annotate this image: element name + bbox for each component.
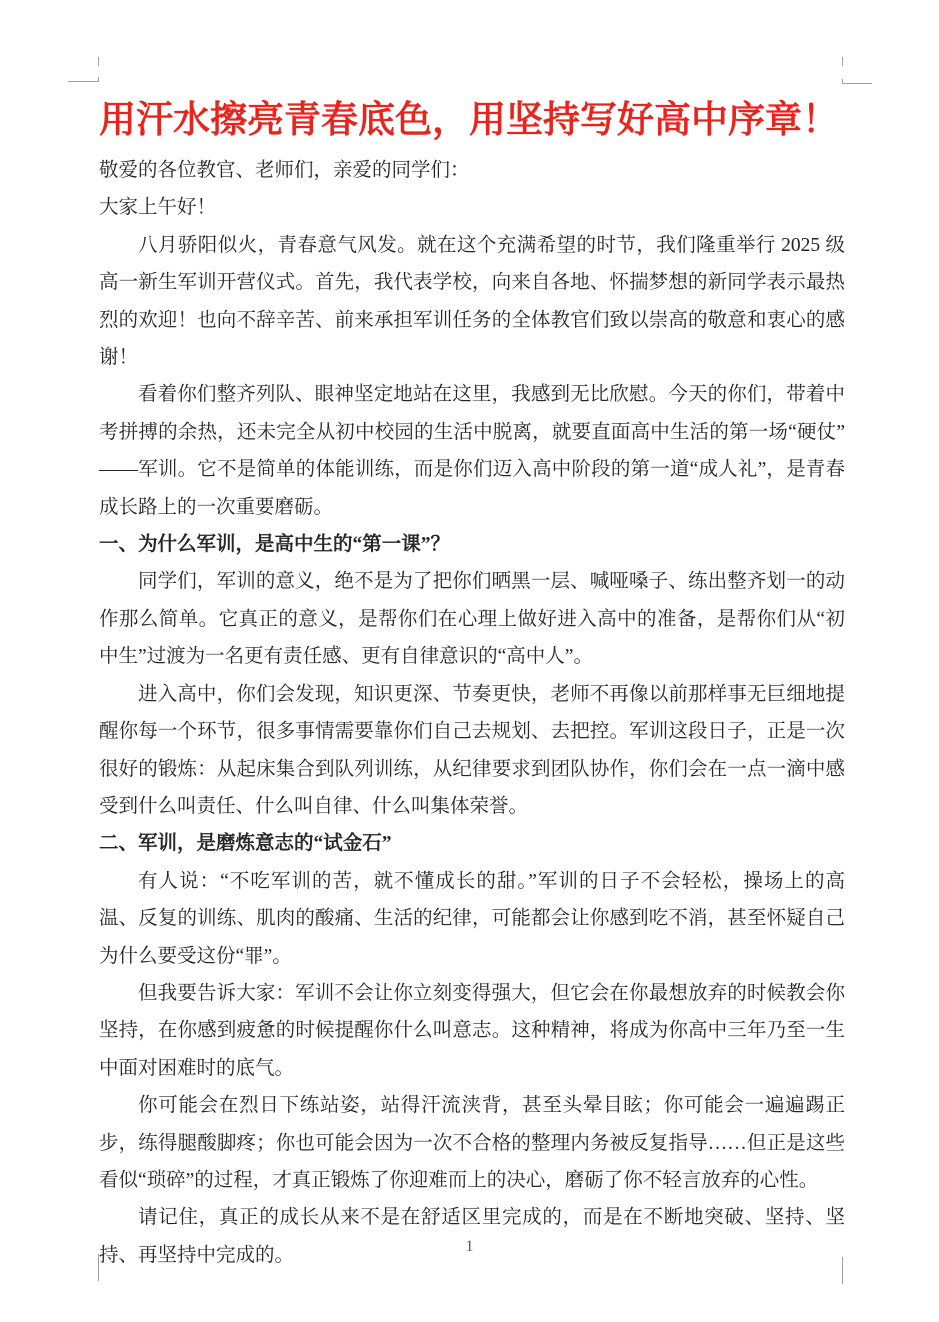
text-boundary-mark-top-left-tick <box>98 57 99 66</box>
text-boundary-mark-top-left-corner <box>68 77 99 82</box>
paragraph: 看着你们整齐列队、眼神坚定地站在这里，我感到无比欣慰。今天的你们，带着中考拼搏的… <box>99 376 845 526</box>
greeting-line: 大家上午好！ <box>99 189 845 226</box>
text-boundary-mark-top-right-corner <box>842 79 872 84</box>
section-heading: 一、为什么军训，是高中生的“第一课”？ <box>99 526 845 563</box>
document-body: 敬爱的各位教官、老师们，亲爱的同学们： 大家上午好！ 八月骄阳似火，青春意气风发… <box>99 152 845 1274</box>
section-heading: 二、军训，是磨炼意志的“试金石” <box>99 825 845 862</box>
salutation-line: 敬爱的各位教官、老师们，亲爱的同学们： <box>99 152 845 189</box>
page-number: 1 <box>0 1238 939 1256</box>
paragraph: 但我要告诉大家：军训不会让你立刻变得强大，但它会在你最想放弃的时候教会你坚持，在… <box>99 975 845 1087</box>
document-title: 用汗水擦亮青春底色，用坚持写好高中序章！ <box>99 97 844 145</box>
paragraph: 八月骄阳似火，青春意气风发。就在这个充满希望的时节，我们隆重举行 2025 级高… <box>99 227 845 377</box>
paragraph: 进入高中，你们会发现，知识更深、节奏更快，老师不再像以前那样事无巨细地提醒你每一… <box>99 676 845 826</box>
paragraph: 同学们，军训的意义，绝不是为了把你们晒黑一层、喊哑嗓子、练出整齐划一的动作那么简… <box>99 563 845 675</box>
paragraph: 请记住，真正的成长从来不是在舒适区里完成的，而是在不断地突破、坚持、坚持、再坚持… <box>99 1199 845 1274</box>
document-page: 用汗水擦亮青春底色，用坚持写好高中序章！ 敬爱的各位教官、老师们，亲爱的同学们：… <box>0 0 939 1322</box>
text-boundary-mark-top-right-tick <box>842 57 843 66</box>
paragraph: 有人说：“不吃军训的苦，就不懂成长的甜。”军训的日子不会轻松，操场上的高温、反复… <box>99 863 845 975</box>
paragraph: 你可能会在烈日下练站姿，站得汗流浃背，甚至头晕目眩；你可能会一遍遍踢正步，练得腿… <box>99 1087 845 1199</box>
